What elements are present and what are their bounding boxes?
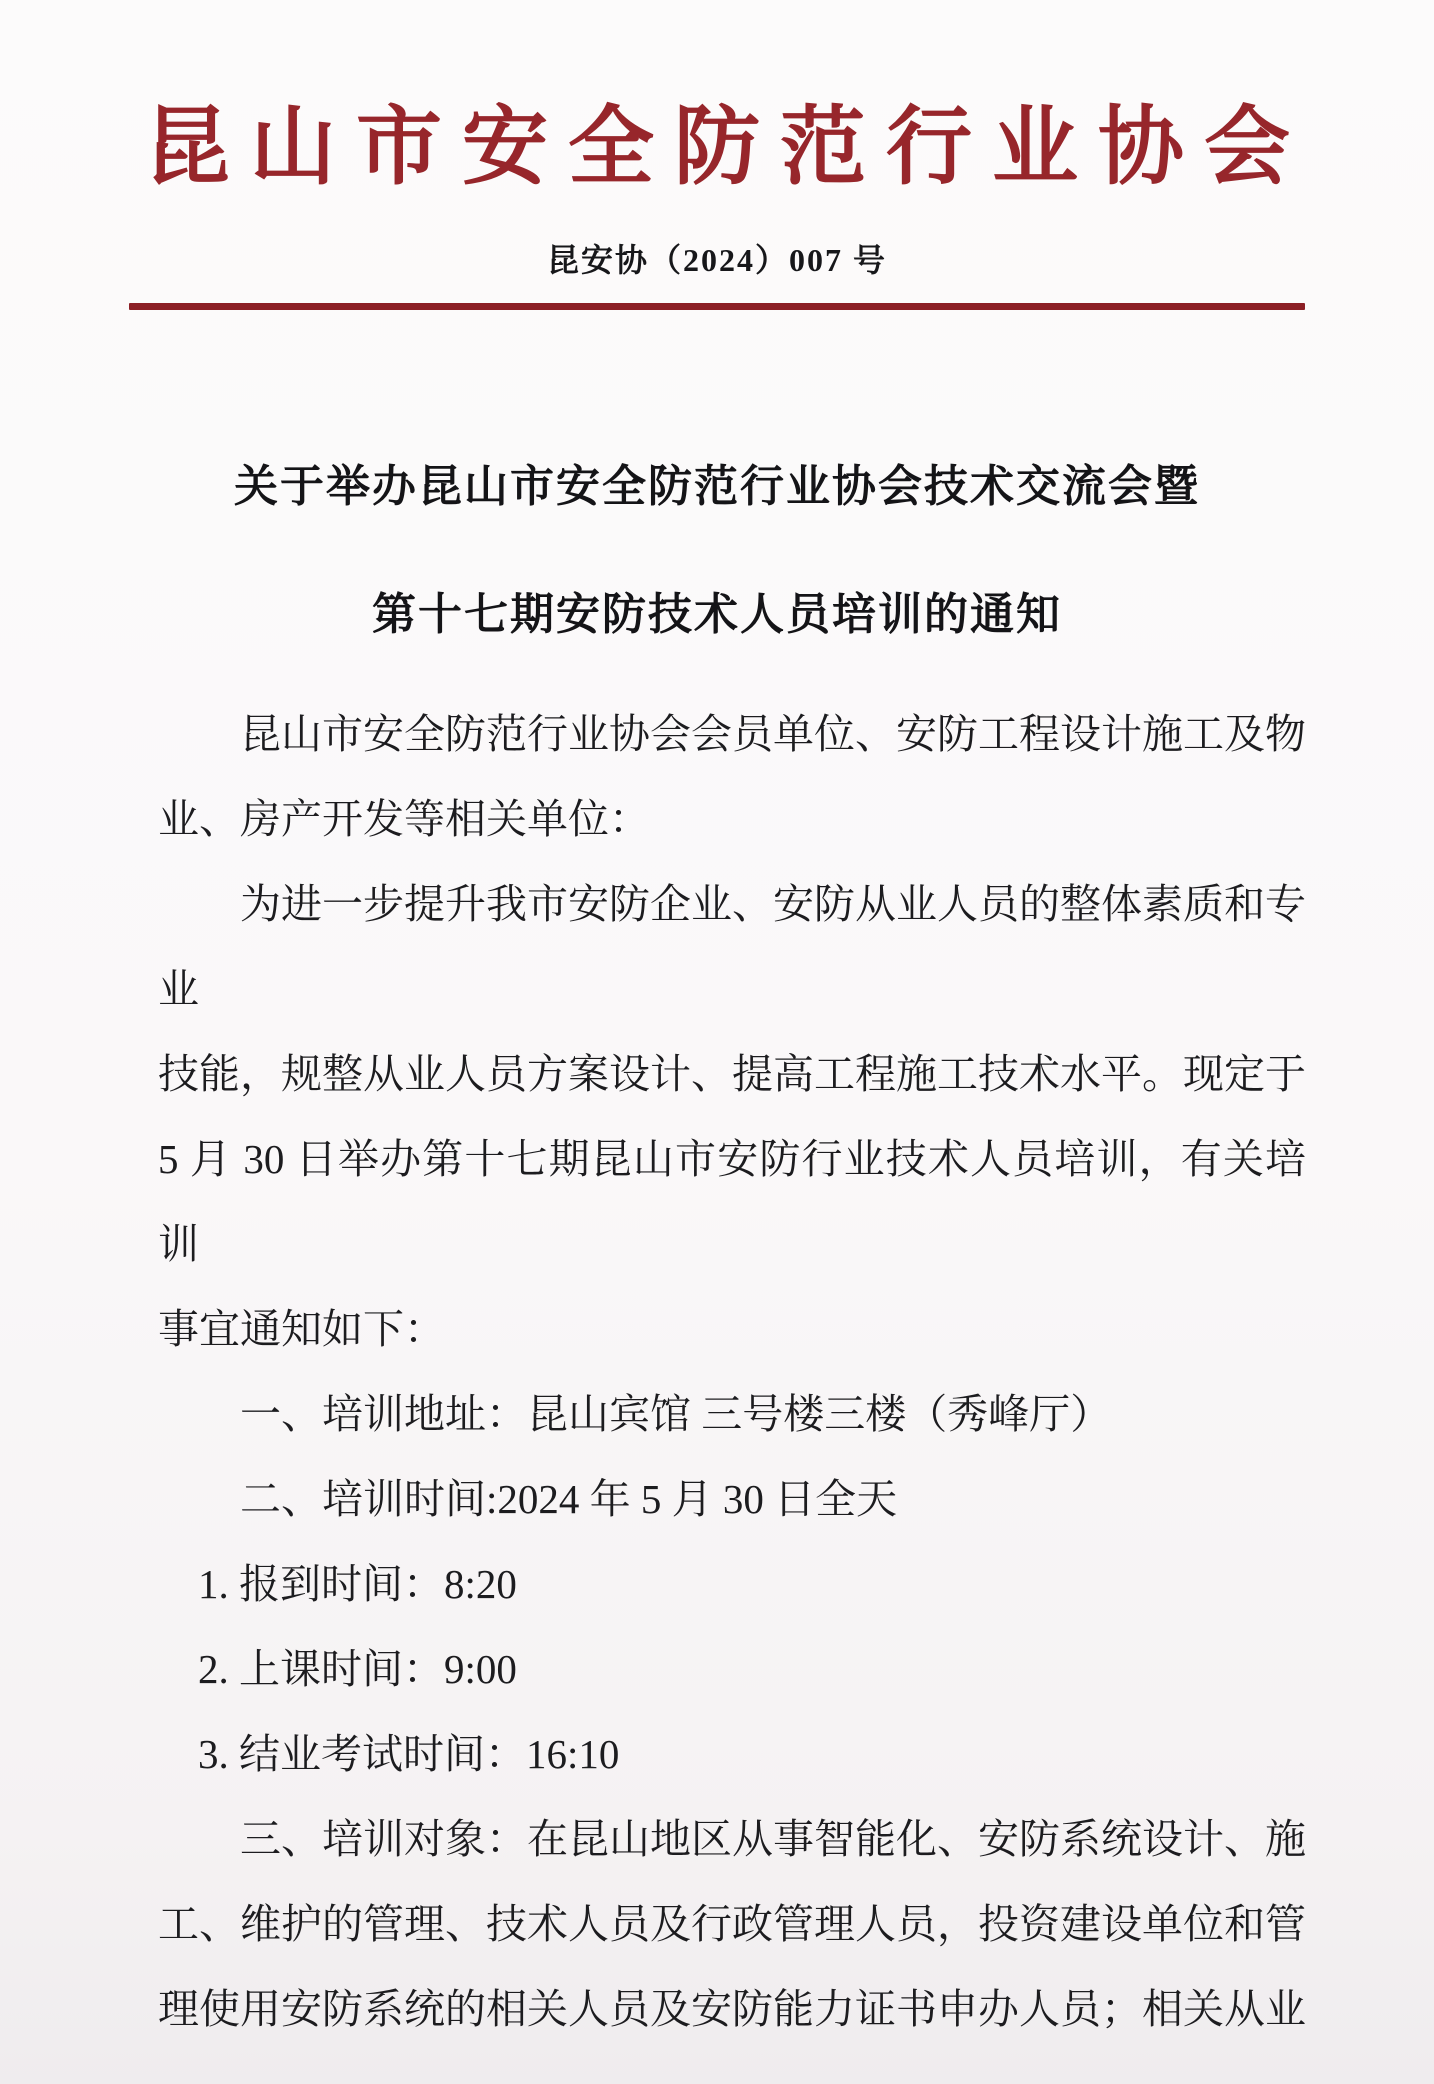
body-line-training-time: 二、培训时间:2024 年 5 月 30 日全天 (158, 1457, 1306, 1542)
body-line: 事宜通知如下： (158, 1287, 1306, 1372)
body-line-training-target: 三、培训对象：在昆山地区从事智能化、安防系统设计、施 (158, 1797, 1306, 1882)
body-line-checkin-time: 1. 报到时间：8:20 (158, 1542, 1306, 1627)
body-line: 昆山市安全防范行业协会会员单位、安防工程设计施工及物 (158, 692, 1306, 777)
document-number: 昆安协（2024）007 号 (0, 235, 1434, 281)
body-line: 理使用安防系统的相关人员及安防能力证书申办人员；相关从业 (158, 1967, 1306, 2052)
header-divider-rule (129, 303, 1305, 310)
body-line: 工、维护的管理、技术人员及行政管理人员，投资建设单位和管 (158, 1882, 1306, 1967)
notice-body: 昆山市安全防范行业协会会员单位、安防工程设计施工及物 业、房产开发等相关单位： … (158, 692, 1306, 2052)
body-line: 为进一步提升我市安防企业、安防从业人员的整体素质和专业 (158, 862, 1306, 1032)
body-line: 5 月 30 日举办第十七期昆山市安防行业技术人员培训，有关培训 (158, 1117, 1306, 1287)
notice-title-line1: 关于举办昆山市安全防范行业协会技术交流会暨 (0, 450, 1434, 514)
body-line-exam-time: 3. 结业考试时间：16:10 (158, 1712, 1306, 1797)
body-line: 技能，规整从业人员方案设计、提高工程施工技术水平。现定于 (158, 1032, 1306, 1117)
scanned-notice-page: 昆山市安全防范行业协会 昆安协（2024）007 号 关于举办昆山市安全防范行业… (0, 0, 1434, 2084)
notice-title-line2: 第十七期安防技术人员培训的通知 (0, 578, 1434, 642)
body-line-class-time: 2. 上课时间：9:00 (158, 1627, 1306, 1712)
body-line-training-address: 一、培训地址：昆山宾馆 三号楼三楼（秀峰厅） (158, 1372, 1306, 1457)
association-name-header: 昆山市安全防范行业协会 (0, 100, 1434, 195)
body-line: 业、房产开发等相关单位： (158, 777, 1306, 862)
